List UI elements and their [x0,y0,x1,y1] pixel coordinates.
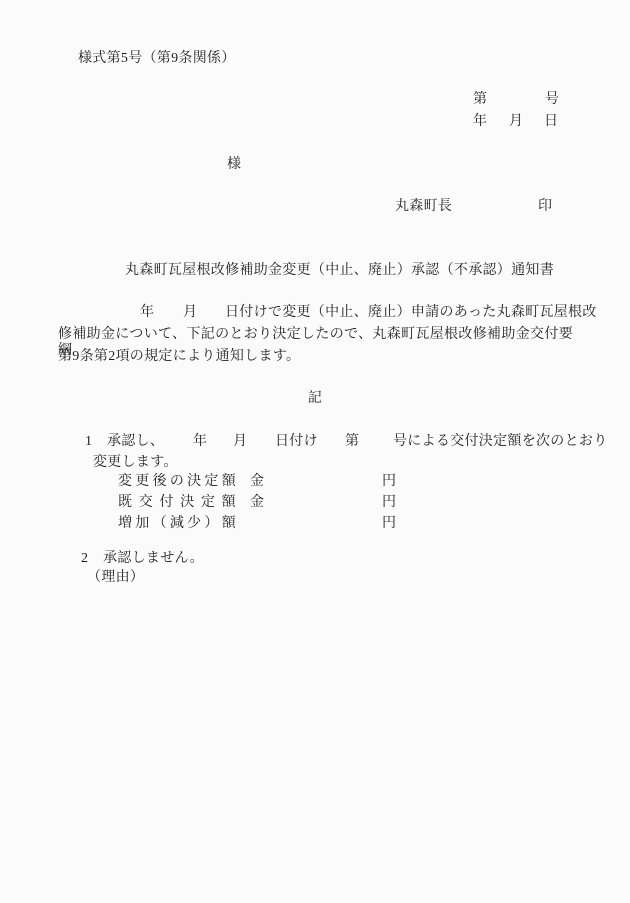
amount-label-increase-decrease: 増加（減少）額 [118,516,236,532]
item2-text: 承認しません。 [103,551,204,567]
item1-month-blank: 月 [233,434,247,450]
item1-doc-number-prefix: 第 [345,434,359,450]
item1-approve-text: 承認し、 [107,434,164,450]
body-month-blank: 月 [183,305,197,321]
amount-unit-after-change: 円 [382,474,396,490]
document-page: 様式第5号（第9条関係） 第 号 年 月 日 様 丸森町長 印 丸森町瓦屋根改修… [0,0,630,903]
date-day-label: 日 [544,114,558,130]
item2-reason-label: （理由） [87,570,144,586]
item2-number: 2 [81,551,88,567]
form-number-note: 様式第5号（第9条関係） [78,51,236,67]
body-year-blank: 年 [140,305,154,321]
amount-prefix-after-change: 金 [250,474,264,490]
document-title: 丸森町瓦屋根改修補助金変更（中止、廃止）承認（不承認）通知書 [125,263,554,279]
amount-label-after-change: 変更後の決定額 [118,474,236,490]
amount-prefix-already-paid: 金 [250,495,264,511]
amount-unit-increase-decrease: 円 [382,516,396,532]
sender-title: 丸森町長 [395,199,452,215]
date-month-label: 月 [509,114,523,130]
doc-number-prefix: 第 [473,92,487,108]
body-line-1-text: 日付けで変更（中止、廃止）申請のあった丸森町瓦屋根改 [225,305,597,321]
addressee-honorific: 様 [227,157,241,173]
item1-year-blank: 年 [193,434,207,450]
sender-seal-mark: 印 [538,199,552,215]
item1-date-suffix: 日付け [275,434,318,450]
body-line-3: 第9条第2項の規定により通知します。 [58,349,300,365]
doc-number-suffix: 号 [545,92,559,108]
item1-line-2: 変更します。 [93,455,178,471]
item1-number: 1 [85,434,92,450]
amount-label-already-paid: 既交付決定額 [118,495,236,511]
date-year-label: 年 [473,114,487,130]
amount-unit-already-paid: 円 [382,495,396,511]
item1-rest-text: 号による交付決定額を次のとおり [393,434,608,450]
ki-heading: 記 [58,391,572,407]
